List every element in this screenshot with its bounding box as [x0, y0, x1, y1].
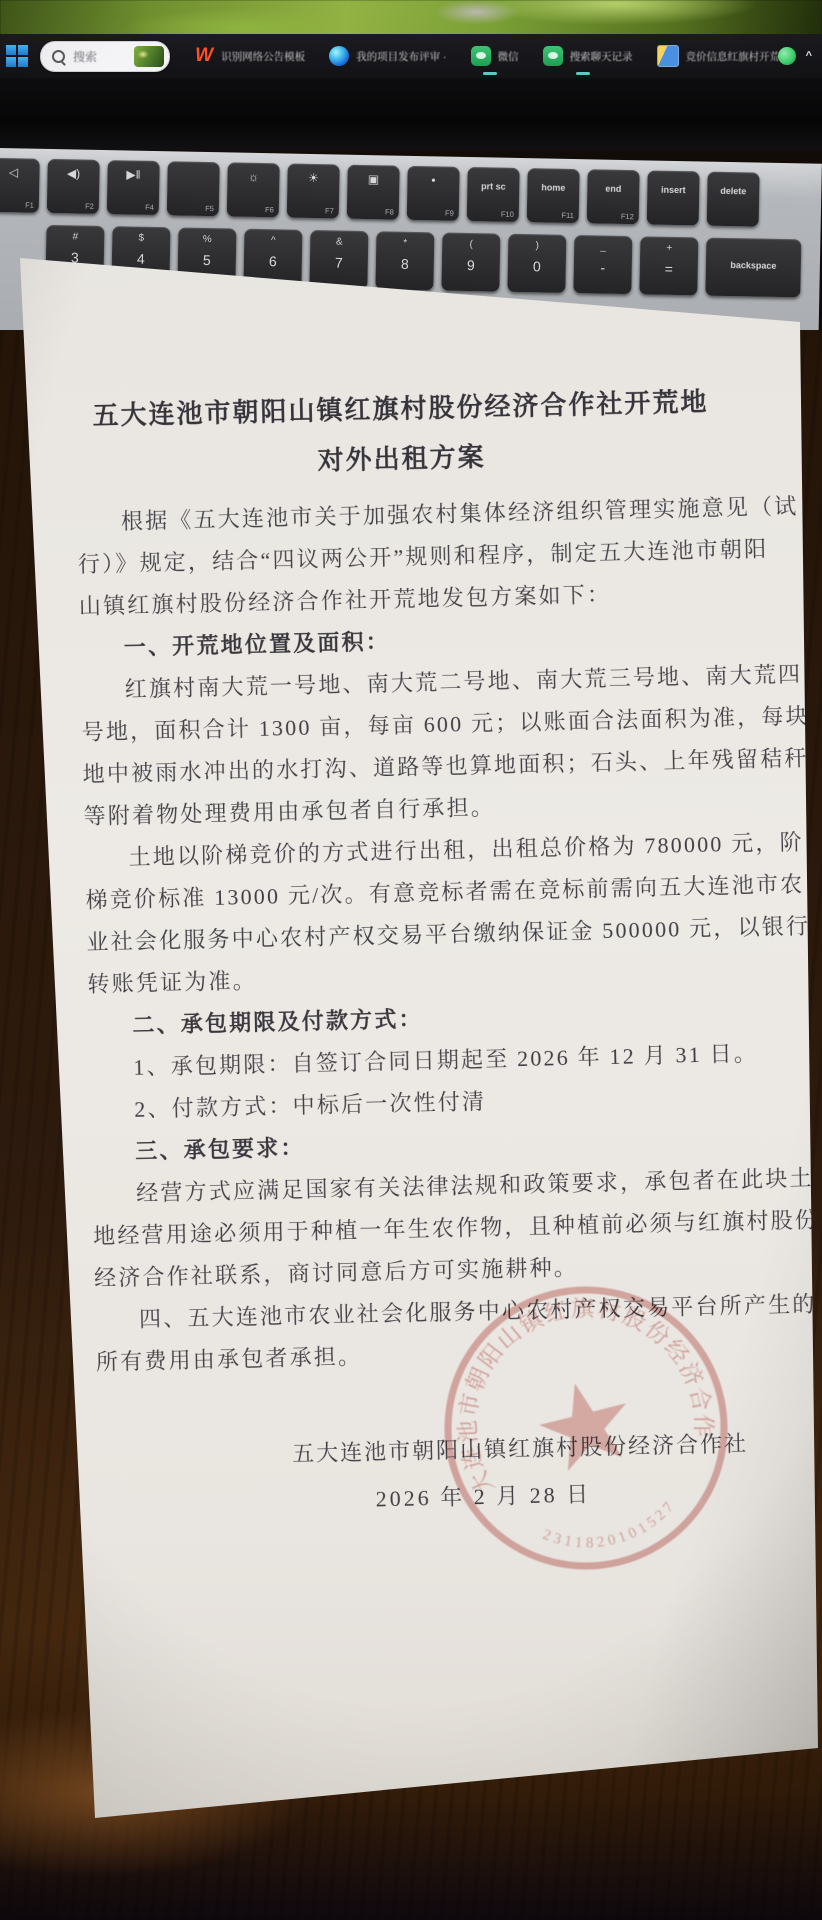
tray-chevron-icon[interactable]: ^: [806, 50, 812, 62]
key-8: *8: [375, 231, 434, 290]
key-insert: insert: [647, 170, 700, 225]
svg-text:2311820101527: 2311820101527: [537, 1494, 685, 1565]
key-F5: F5: [167, 161, 220, 216]
photo-of-desk: 搜索 W 识别网络公告模板 我的项目发布评审 · 微信 搜索聊天记录: [0, 0, 822, 1920]
wechat-icon: [543, 46, 563, 66]
search-icon: [52, 50, 65, 63]
edge-browser-icon: [329, 46, 349, 66]
laptop-screen: 搜索 W 识别网络公告模板 我的项目发布评审 · 微信 搜索聊天记录: [0, 0, 822, 78]
key--: _-: [573, 235, 632, 294]
key-home: homeF11: [527, 168, 580, 223]
key-◁: ◁F1: [0, 158, 40, 213]
key-◀): ◀)F2: [47, 159, 100, 214]
active-app-indicator: [576, 72, 590, 75]
keyboard-function-row: ◁F1◀)F2▶‖F4F5☼F6☀F7▣F8•F9prt scF10homeF1…: [0, 148, 822, 164]
key-▣: ▣F8: [347, 165, 400, 220]
taskbar-item-wechat[interactable]: 微信: [461, 36, 519, 76]
key-=: +=: [639, 236, 698, 295]
document-title: 五大连池市朝阳山镇红旗村股份经济合作社开荒地对外出租方案: [74, 377, 728, 492]
key-prt-sc: prt scF10: [467, 167, 520, 222]
laptop-bezel: [0, 78, 822, 150]
key-0: )0: [507, 234, 566, 293]
key-☀: ☀F7: [287, 164, 340, 219]
document-window-icon: [657, 45, 679, 67]
taskbar-item-label: 我的项目发布评审 ·: [356, 49, 446, 64]
taskbar-item-document-window[interactable]: 竞价信息红旗村开荒: [647, 36, 778, 76]
wechat-icon: [471, 46, 491, 66]
key-backspace: backspace: [705, 238, 801, 298]
tray-app-icon[interactable]: [778, 47, 796, 65]
taskbar-item-label: 竞价信息红旗村开荒: [686, 49, 778, 64]
taskbar-item-label: 搜索聊天记录: [570, 49, 633, 64]
taskbar-item-label: 识别网络公告模板: [221, 49, 305, 64]
key-•: •F9: [407, 166, 460, 221]
search-box-image[interactable]: [134, 46, 164, 67]
taskbar-search[interactable]: 搜索: [40, 41, 170, 72]
seal-number: 2311820101527: [537, 1494, 685, 1565]
taskbar-item-edge[interactable]: 我的项目发布评审 ·: [319, 36, 446, 76]
windows-taskbar: 搜索 W 识别网络公告模板 我的项目发布评审 · 微信 搜索聊天记录: [0, 34, 822, 78]
start-button[interactable]: [6, 45, 28, 67]
document-body: 根据《五大连池市关于加强农村集体经济组织管理实施意见（试行）》规定，结合“四议两…: [76, 487, 748, 1384]
taskbar-item-wps[interactable]: W 识别网络公告模板: [184, 36, 305, 76]
system-tray[interactable]: ^: [778, 47, 816, 65]
taskbar-item-wechat-search[interactable]: 搜索聊天记录: [533, 36, 633, 76]
key-☼: ☼F6: [227, 162, 280, 217]
active-app-indicator: [483, 72, 497, 75]
wps-icon: W: [194, 46, 214, 66]
search-placeholder: 搜索: [73, 48, 97, 65]
key-9: (9: [441, 233, 500, 292]
key-▶‖: ▶‖F4: [107, 160, 160, 215]
key-7: &7: [309, 230, 368, 289]
key-delete: delete: [707, 172, 760, 227]
taskbar-item-label: 微信: [498, 49, 519, 64]
key-end: endF12: [587, 169, 640, 224]
seal-star-icon: [531, 1373, 638, 1475]
official-red-seal: 五大连池市朝阳山镇红旗村股份经济合作社 2311820101527: [430, 1272, 742, 1584]
